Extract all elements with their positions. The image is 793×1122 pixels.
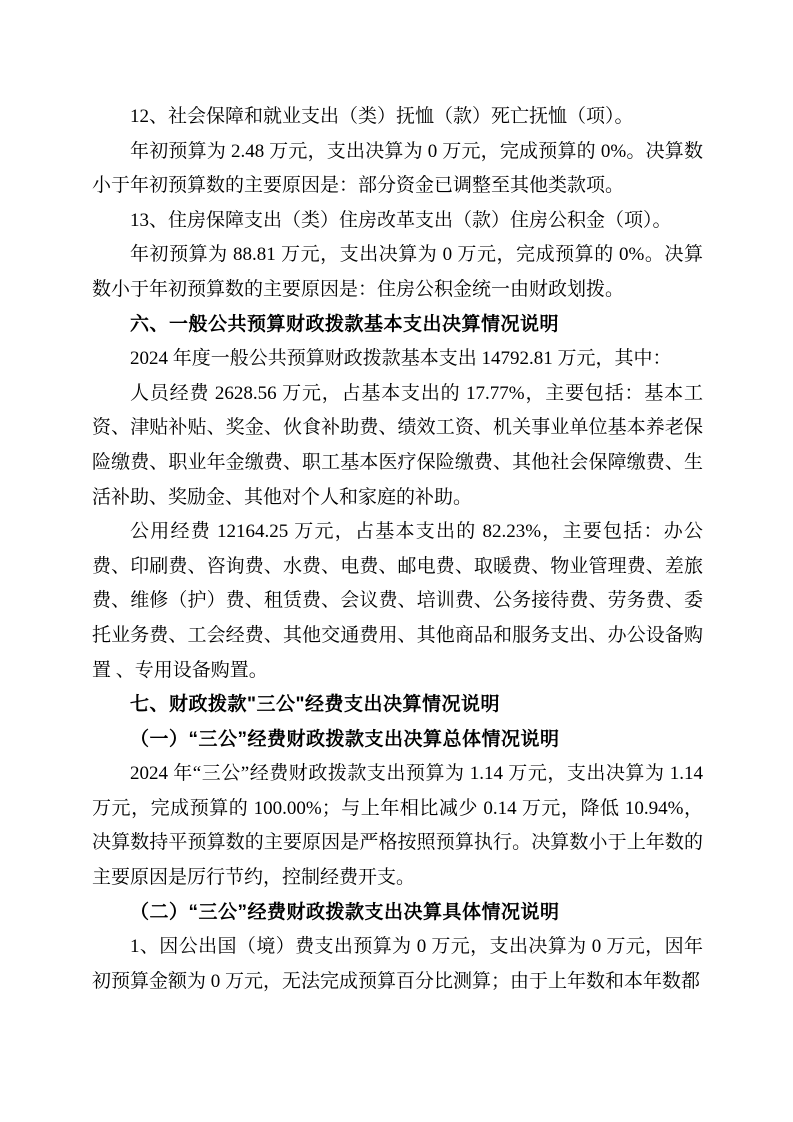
body-paragraph: 公用经费 12164.25 万元，占基本支出的 82.23%，主要包括：办公费、… [92,515,703,688]
section-heading: 七、财政拨款"三公"经费支出决算情况说明 [92,688,703,723]
body-paragraph: 13、住房保障支出（类）住房改革支出（款）住房公积金（项）。 [92,204,703,239]
section-heading: （一）“三公”经费财政拨款支出决算总体情况说明 [92,723,703,758]
document-page: 12、社会保障和就业支出（类）抚恤（款）死亡抚恤（项）。年初预算为 2.48 万… [0,0,793,1122]
section-heading: 六、一般公共预算财政拨款基本支出决算情况说明 [92,308,703,343]
body-paragraph: 年初预算为 2.48 万元，支出决算为 0 万元，完成预算的 0%。决算数小于年… [92,135,703,204]
body-paragraph: 12、社会保障和就业支出（类）抚恤（款）死亡抚恤（项）。 [92,100,703,135]
body-paragraph: 2024 年“三公”经费财政拨款支出预算为 1.14 万元，支出决算为 1.14… [92,757,703,895]
section-heading: （二）“三公”经费财政拨款支出决算具体情况说明 [92,896,703,931]
body-paragraph: 人员经费 2628.56 万元，占基本支出的 17.77%，主要包括：基本工资、… [92,377,703,515]
body-paragraph: 2024 年度一般公共预算财政拨款基本支出 14792.81 万元，其中： [92,342,703,377]
body-paragraph: 1、因公出国（境）费支出预算为 0 万元，支出决算为 0 万元，因年初预算金额为… [92,930,703,999]
body-paragraph: 年初预算为 88.81 万元，支出决算为 0 万元，完成预算的 0%。决算数小于… [92,238,703,307]
document-body: 12、社会保障和就业支出（类）抚恤（款）死亡抚恤（项）。年初预算为 2.48 万… [92,100,703,999]
